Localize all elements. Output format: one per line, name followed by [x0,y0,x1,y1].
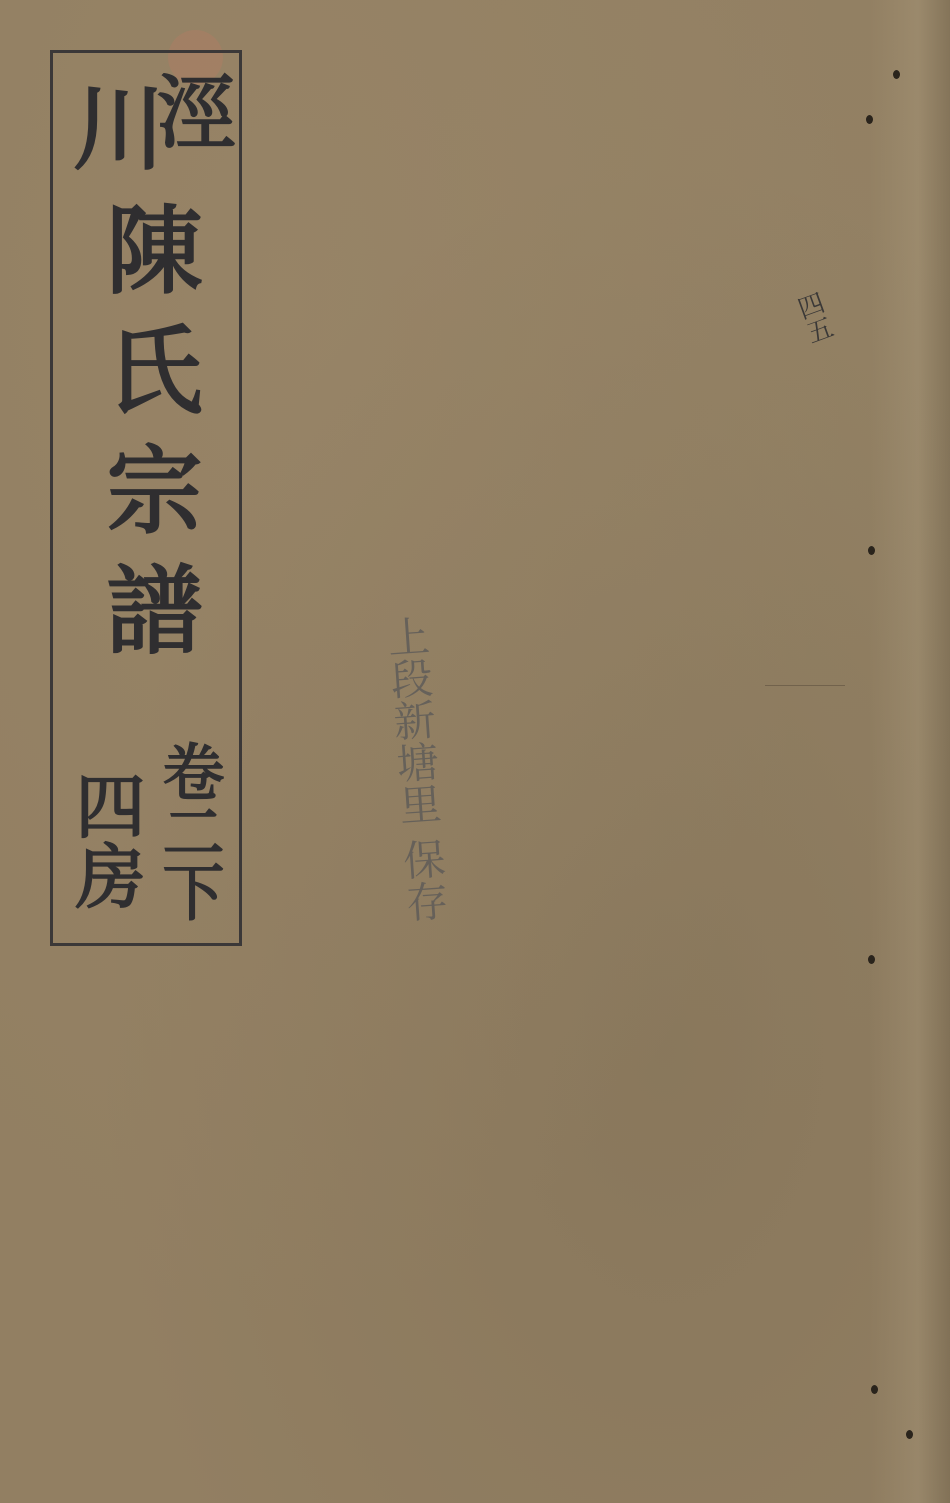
title-char-chuan: 川 [62,80,162,172]
stitch-hole [868,955,875,964]
volume-label: 卷二下 [148,740,228,920]
binding-spine [870,0,950,1503]
book-cover: 涇 川 陳氏宗譜 卷二下 四房 上段新塘里 保存 四五 [0,0,950,1503]
stitch-hole [893,70,900,79]
branch-label: 四房 [60,770,150,910]
stitch-hole [871,1385,878,1394]
paper-crease [765,685,845,686]
title-main: 陳氏宗譜 [92,200,202,680]
side-mark: 四五 [787,287,840,349]
stitch-hole [868,546,875,555]
stitch-hole [866,115,873,124]
stitch-hole [906,1430,913,1439]
handwritten-note: 上段新塘里 保存 [374,613,455,924]
